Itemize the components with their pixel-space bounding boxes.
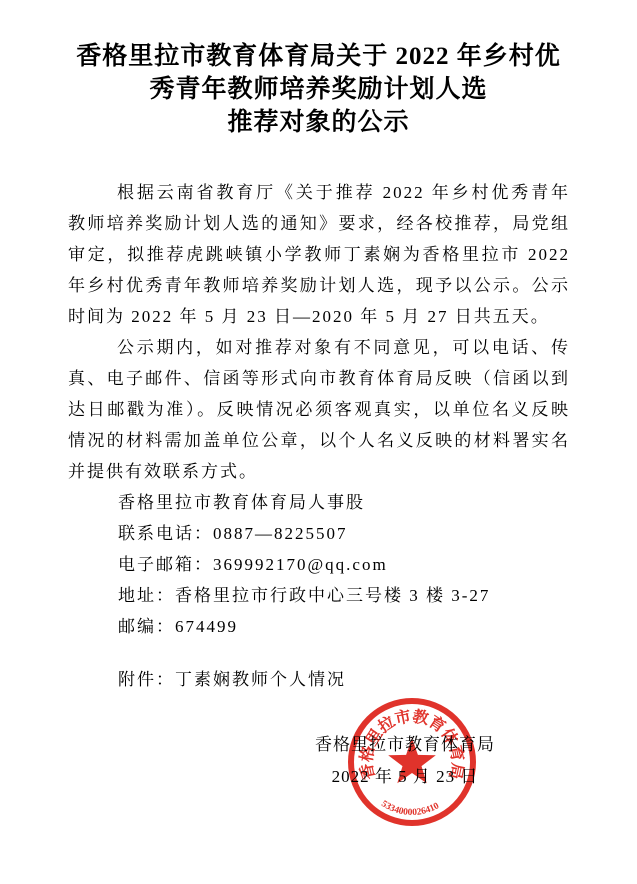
title-line-3: 推荐对象的公示 — [0, 106, 637, 139]
contact-line-phone: 联系电话：0887—8225507 — [68, 518, 570, 549]
contact-line-address: 地址：香格里拉市行政中心三号楼 3 楼 3-27 — [68, 580, 570, 611]
body-paragraph-1: 根据云南省教育厅《关于推荐 2022 年乡村优秀青年教师培养奖励计划人选的通知》… — [68, 177, 570, 332]
contact-line-postcode: 邮编：674499 — [68, 611, 570, 642]
page-title: 香格里拉市教育体育局关于 2022 年乡村优 秀青年教师培养奖励计划人选 推荐对… — [0, 0, 637, 139]
document-body: 根据云南省教育厅《关于推荐 2022 年乡村优秀青年教师培养奖励计划人选的通知》… — [68, 177, 570, 695]
official-seal-icon: 香格里拉市教育体育局 5334000026410 — [342, 692, 482, 832]
seal-star-icon — [388, 738, 436, 783]
contact-line-department: 香格里拉市教育体育局人事股 — [68, 487, 570, 518]
title-line-1: 香格里拉市教育体育局关于 2022 年乡村优 — [0, 40, 637, 73]
title-line-2: 秀青年教师培养奖励计划人选 — [0, 73, 637, 106]
attachment-line: 附件：丁素娴教师个人情况 — [68, 664, 570, 695]
body-paragraph-2: 公示期内，如对推荐对象有不同意见，可以电话、传真、电子邮件、信函等形式向市教育体… — [68, 332, 570, 487]
contact-line-email: 电子邮箱：369992170@qq.com — [68, 549, 570, 580]
notice-document: 香格里拉市教育体育局关于 2022 年乡村优 秀青年教师培养奖励计划人选 推荐对… — [0, 0, 637, 884]
